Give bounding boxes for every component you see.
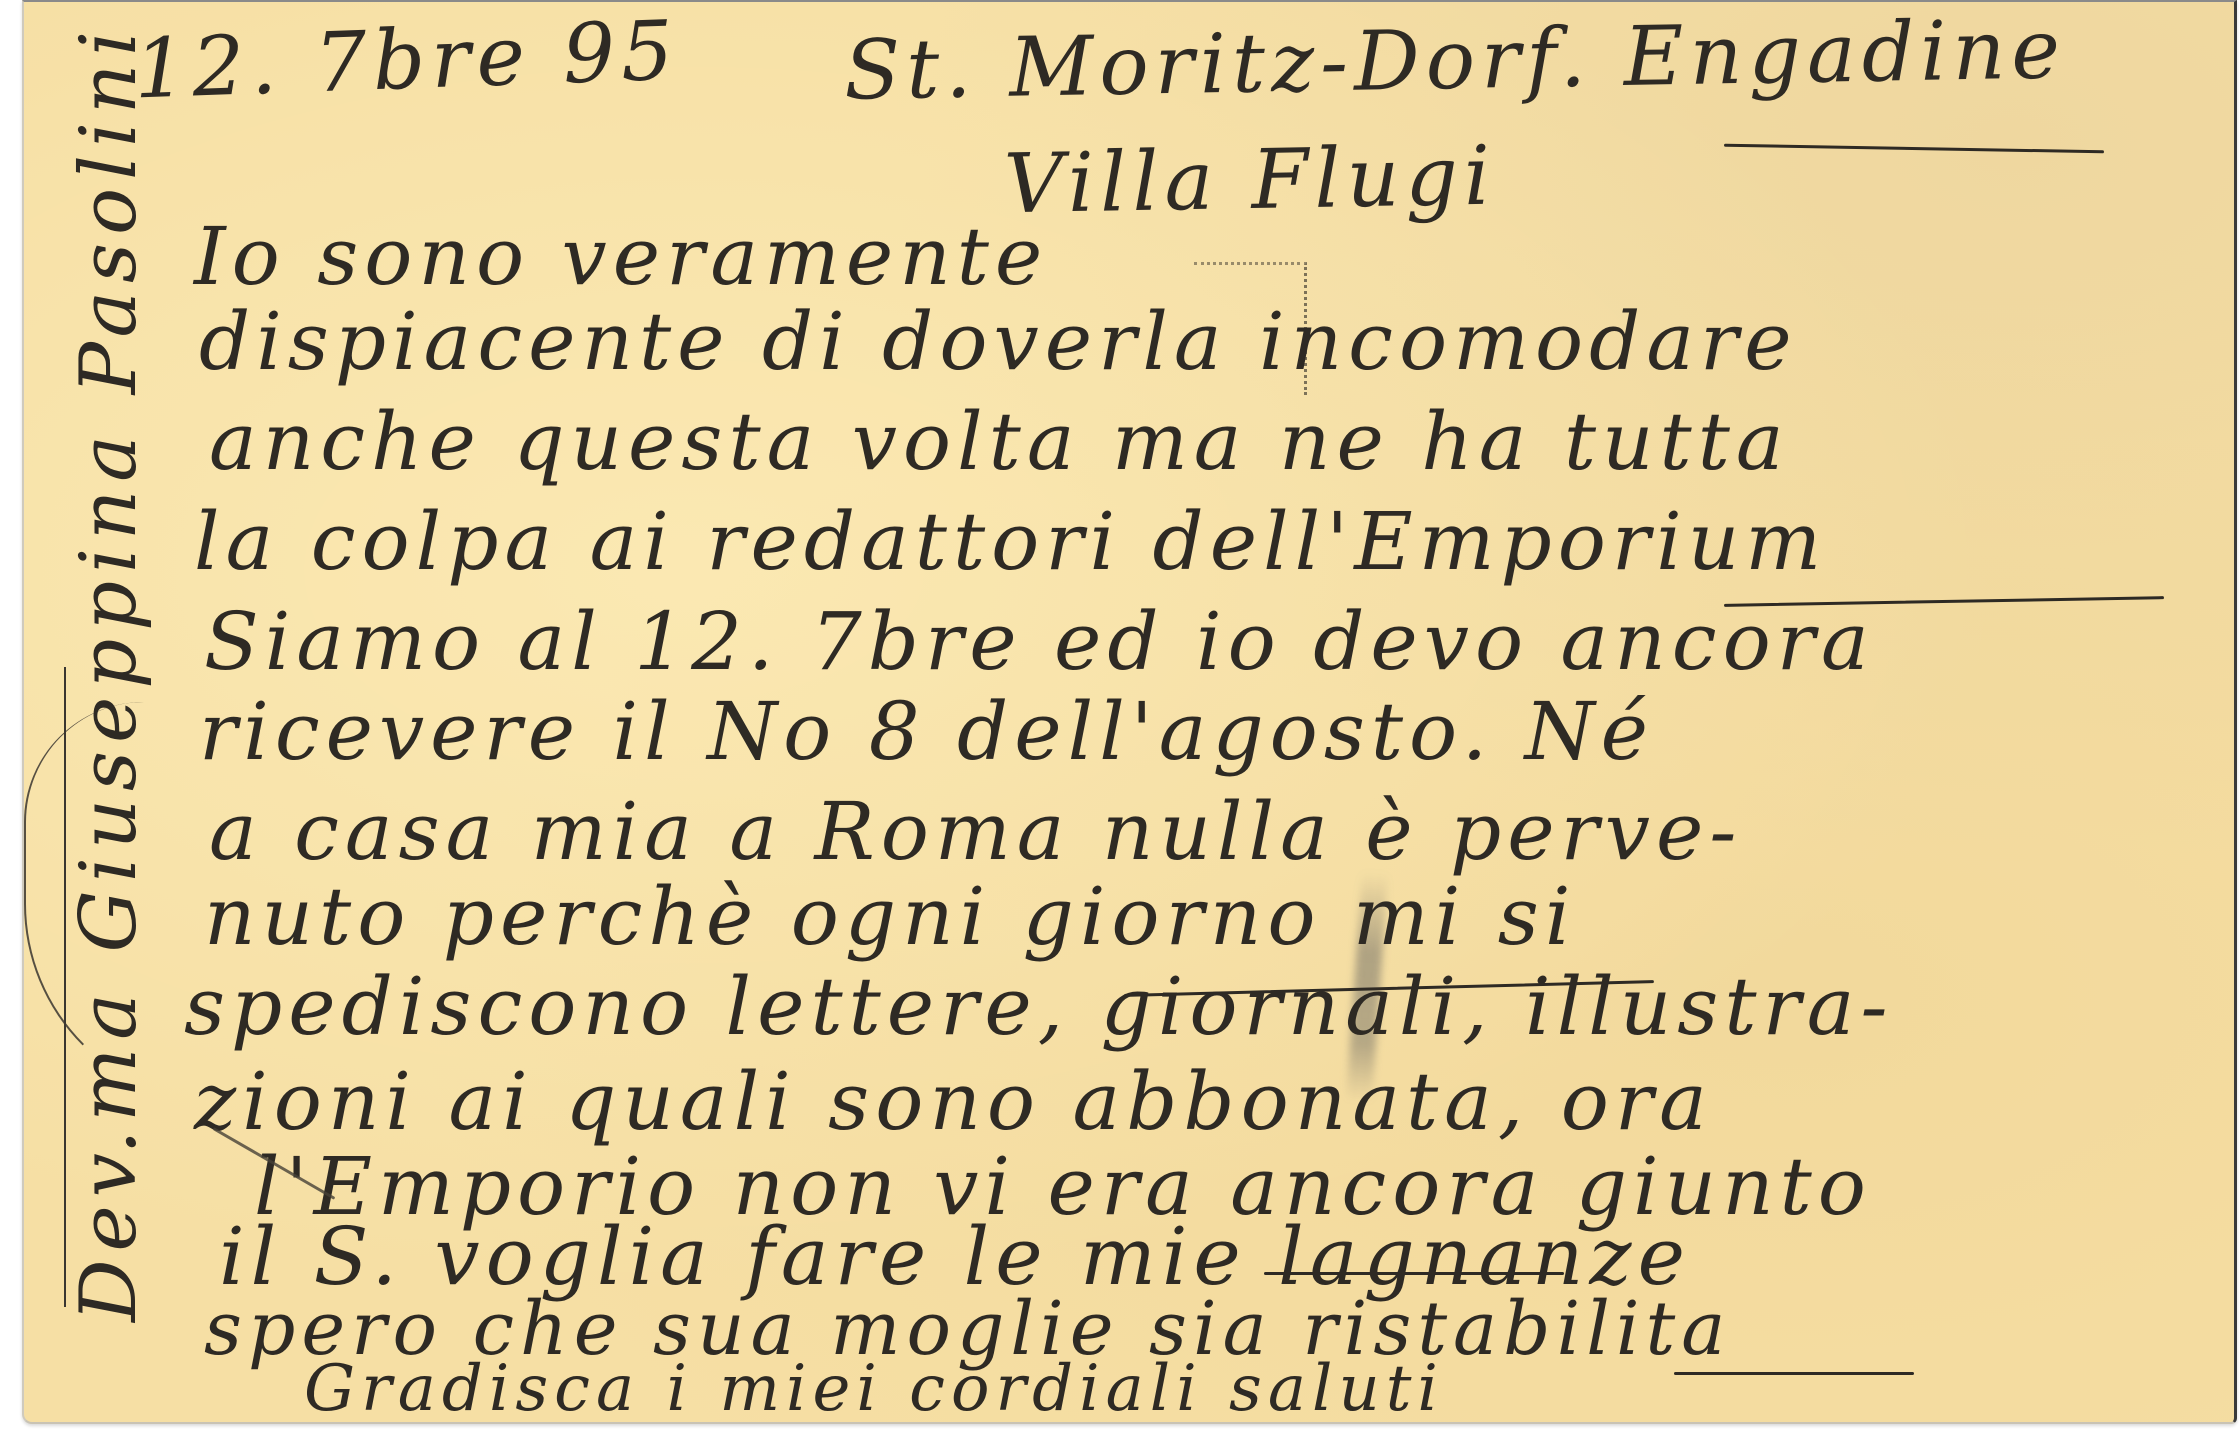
body-line: a casa mia a Roma nulla è perve- bbox=[209, 792, 1742, 872]
body-line: spediscono lettere, giornali, illustra- bbox=[184, 967, 1893, 1047]
body-line: il S. voglia fare le mie lagnanze bbox=[219, 1217, 1691, 1297]
closing-line: Gradisca i miei cordiali saluti bbox=[304, 1357, 1444, 1421]
header-place: St. Moritz-Dorf. Engadine bbox=[843, 9, 2066, 112]
body-line: ricevere il No 8 dell'agosto. Né bbox=[199, 692, 1654, 772]
body-line: Siamo al 12. 7bre ed io devo ancora bbox=[204, 602, 1875, 682]
sia-underline bbox=[1674, 1372, 1914, 1375]
margin-signature: Dev.ma Giuseppina Pasolini bbox=[64, 23, 154, 1322]
fare-underline bbox=[1264, 1272, 1564, 1275]
body-line: la colpa ai redattori dell'Emporium bbox=[194, 502, 1827, 582]
body-line: zioni ai quali sono abbonata, ora bbox=[194, 1062, 1713, 1142]
postcard: 12. 7bre 95 St. Moritz-Dorf. Engadine Vi… bbox=[22, 0, 2237, 1424]
header-date: 12. 7bre 95 bbox=[133, 11, 681, 112]
engadine-underline bbox=[1724, 144, 2104, 154]
body-line: nuto perchè ogni giorno mi si bbox=[204, 877, 1576, 957]
header-residence: Villa Flugi bbox=[1003, 136, 1496, 227]
body-line: Io sono veramente bbox=[194, 217, 1048, 297]
body-line: dispiacente di doverla incomodare bbox=[199, 302, 1798, 382]
body-line: anche questa volta ma ne ha tutta bbox=[209, 402, 1790, 482]
